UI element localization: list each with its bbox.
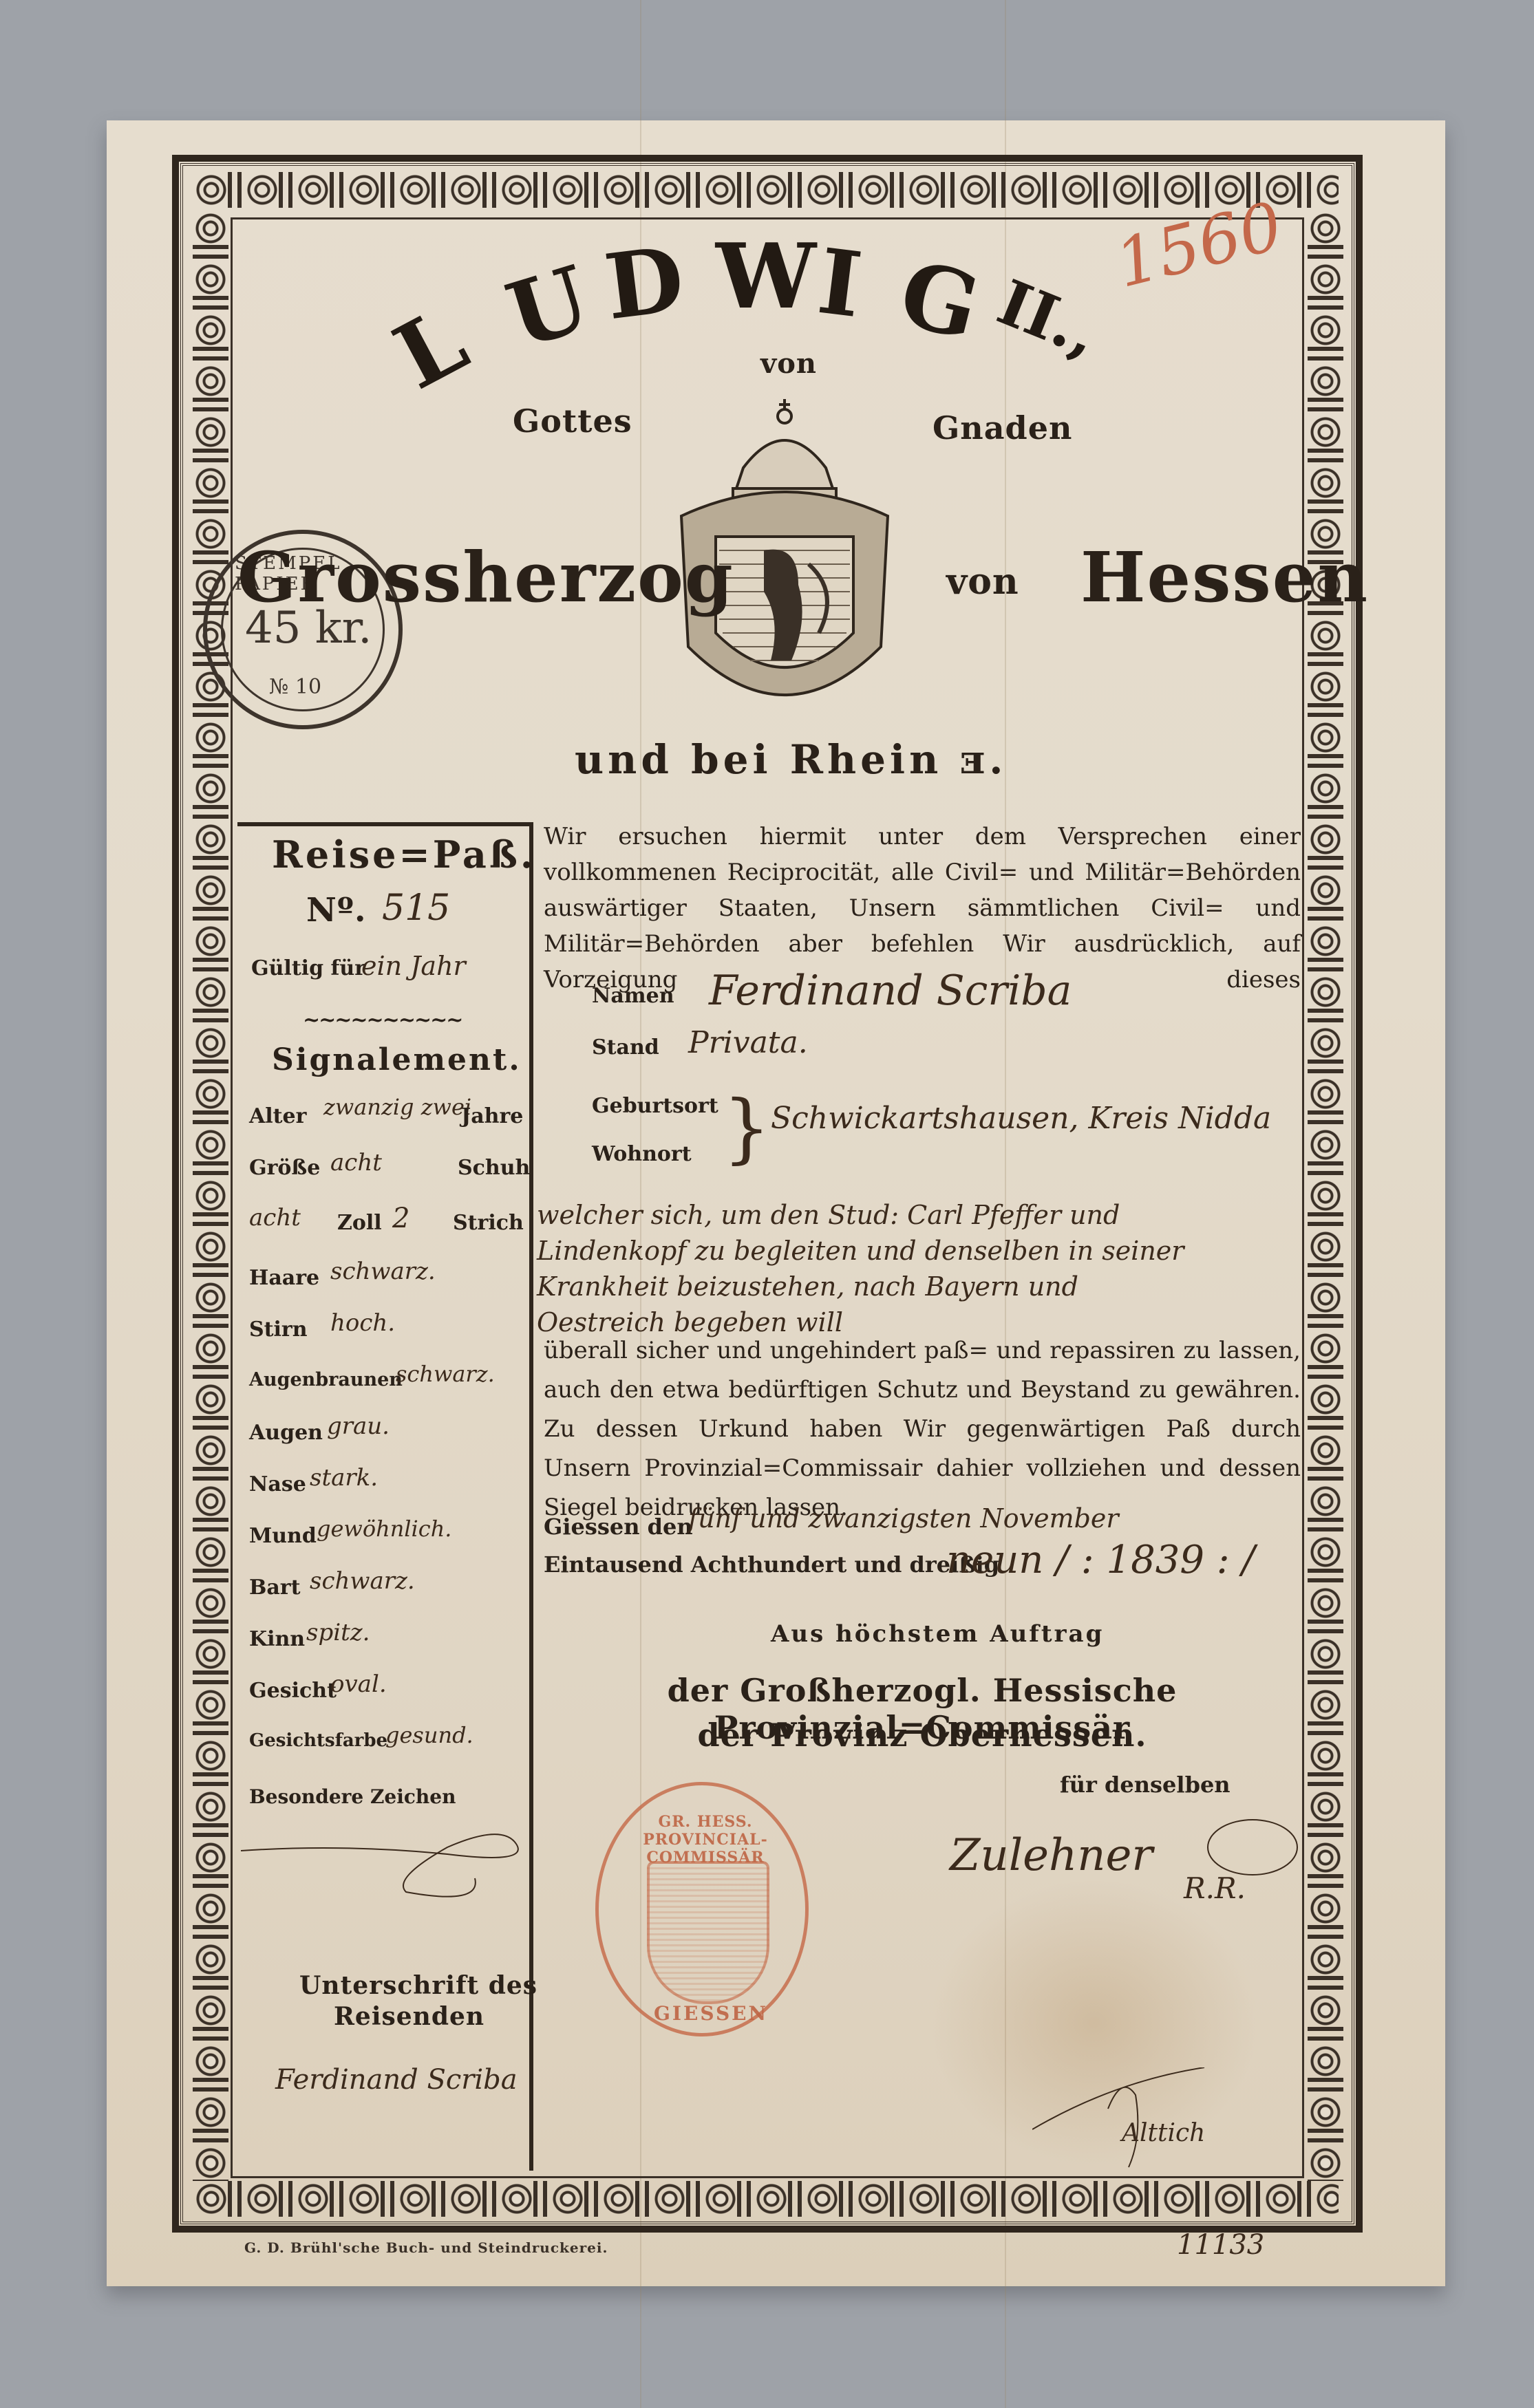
wohnort-label: Wohnort — [592, 1142, 692, 1166]
field-unit-zoll: Zoll — [337, 1211, 382, 1235]
field-label-augenbraunen: Augenbraunen — [249, 1369, 403, 1390]
field-value-nase: stark. — [310, 1464, 378, 1492]
name-label: Namen — [592, 984, 674, 1008]
ornament-border-left — [193, 213, 228, 2181]
field-unit-jahre: Jahre — [461, 1104, 523, 1128]
traveller-signature: Ferdinand Scriba — [275, 2064, 518, 2096]
field-label-kinn: Kinn — [249, 1627, 305, 1651]
year-handwritten: neun / : 1839 : / — [946, 1538, 1255, 1582]
wavy-divider: ~~~~~~~~~~ — [303, 1008, 462, 1032]
place-label: Giessen den — [544, 1514, 693, 1540]
von-text-2: von — [946, 561, 1019, 603]
year-printed: Eintausend Achthundert und dreißig — [544, 1551, 999, 1578]
field-label-groesse: Größe — [249, 1156, 320, 1180]
authority-line-2: der Provinz Oberhessen. — [537, 1717, 1308, 1754]
field-value-gesichtsfarbe: gesund. — [385, 1722, 473, 1748]
title-letter: W — [716, 224, 816, 329]
date-handwritten: fünf und zwanzigsten November — [688, 1503, 1119, 1534]
grossherzog-text: Grossherzog — [237, 537, 734, 618]
field-label-alter: Alter — [249, 1104, 306, 1128]
field-label-augen: Augen — [249, 1421, 323, 1445]
ornament-border-bottom — [196, 2181, 1339, 2217]
geburtsort-value: Schwickartshausen, Kreis Nidda — [771, 1101, 1271, 1136]
field-unit-strich: Strich — [453, 1211, 524, 1235]
signature-flourish-icon — [1197, 1809, 1308, 1892]
gottes-text: Gottes — [513, 402, 632, 440]
gnaden-text: Gnaden — [933, 409, 1072, 447]
field-value-gesicht: oval. — [330, 1670, 387, 1698]
brace-icon: } — [723, 1084, 771, 1172]
number-label: Nº. — [306, 891, 367, 929]
und-bei-rhein-text: und bei Rhein ⱻ. — [575, 736, 1007, 783]
purpose-line: Krankheit beizustehen, nach Bayern und — [537, 1269, 1301, 1304]
official-signature: Zulehner — [950, 1830, 1153, 1881]
field-value-zoll: acht — [249, 1204, 301, 1232]
printer-imprint: G. D. Brühl'sche Buch- und Steindruckere… — [244, 2239, 608, 2256]
field-value-strich: 2 — [392, 1203, 409, 1234]
stand-value: Privata. — [688, 1025, 808, 1060]
field-unit-schuh: Schuh — [458, 1156, 530, 1180]
field-label-haare: Haare — [249, 1266, 319, 1290]
field-label-gesicht: Gesicht — [249, 1679, 337, 1703]
stand-label: Stand — [592, 1035, 659, 1060]
field-value-alter: zwanzig zwei — [323, 1094, 471, 1120]
valid-label: Gültig für — [251, 956, 365, 980]
signature-label-1: Unterschrift des — [299, 1971, 537, 2000]
body-continuation: überall sicher und ungehindert paß= und … — [544, 1331, 1301, 1527]
signalement-title: Signalement. — [272, 1042, 522, 1077]
geburtsort-label: Geburtsort — [592, 1094, 718, 1118]
official-seal: GR. HESS. PROVINCIAL-COMMISSÄR GIESSEN — [595, 1782, 809, 2036]
hessen-text: Hessen — [1080, 537, 1369, 618]
seal-shield-icon — [647, 1861, 769, 2004]
seal-city: GIESSEN — [654, 2002, 757, 2025]
valid-value: ein Jahr — [361, 951, 466, 981]
field-value-haare: schwarz. — [330, 1258, 436, 1285]
bottom-right-signature: Alttich — [1122, 2119, 1205, 2147]
field-label-nase: Nase — [249, 1472, 306, 1496]
field-label-stirn: Stirn — [249, 1318, 308, 1342]
ornament-border-right — [1308, 213, 1343, 2181]
stamp-number: № 10 — [269, 675, 321, 699]
field-value-groesse: acht — [330, 1149, 382, 1176]
signature-label-2: Reisenden — [334, 2002, 484, 2031]
fuer-denselben: für denselben — [1060, 1772, 1231, 1798]
field-label-gesichtsfarbe: Gesichtsfarbe — [249, 1730, 387, 1751]
field-label-besondere-zeichen: Besondere Zeichen — [249, 1785, 456, 1808]
purpose-line: welcher sich, um den Stud: Carl Pfeffer … — [537, 1197, 1301, 1233]
aus-hoechstem-auftrag: Aus höchstem Auftrag — [771, 1620, 1104, 1648]
purpose-line: Lindenkopf zu begleiten und denselben in… — [537, 1233, 1301, 1269]
field-value-stirn: hoch. — [330, 1309, 395, 1337]
field-value-kinn: spitz. — [306, 1619, 370, 1646]
field-value-mund: gewöhnlich. — [317, 1516, 451, 1542]
field-value-bart: schwarz. — [310, 1567, 415, 1595]
field-label-bart: Bart — [249, 1576, 300, 1600]
reise-pass-title: Reise=Paß. — [272, 832, 536, 877]
flourish-icon — [241, 1823, 530, 1906]
passport-number: 515 — [382, 888, 450, 929]
name-value: Ferdinand Scriba — [709, 967, 1072, 1015]
inventory-number: 11133 — [1177, 2229, 1264, 2261]
ornament-border-top — [196, 172, 1339, 208]
field-value-augenbraunen: schwarz. — [396, 1361, 495, 1387]
handwritten-purpose: welcher sich, um den Stud: Carl Pfeffer … — [537, 1197, 1301, 1340]
field-label-mund: Mund — [249, 1524, 317, 1548]
seal-arc-text: GR. HESS. PROVINCIAL-COMMISSÄR — [623, 1813, 788, 1867]
title-letter: D — [599, 226, 690, 341]
von-text: von — [760, 347, 817, 380]
field-value-augen: grau. — [327, 1412, 390, 1440]
